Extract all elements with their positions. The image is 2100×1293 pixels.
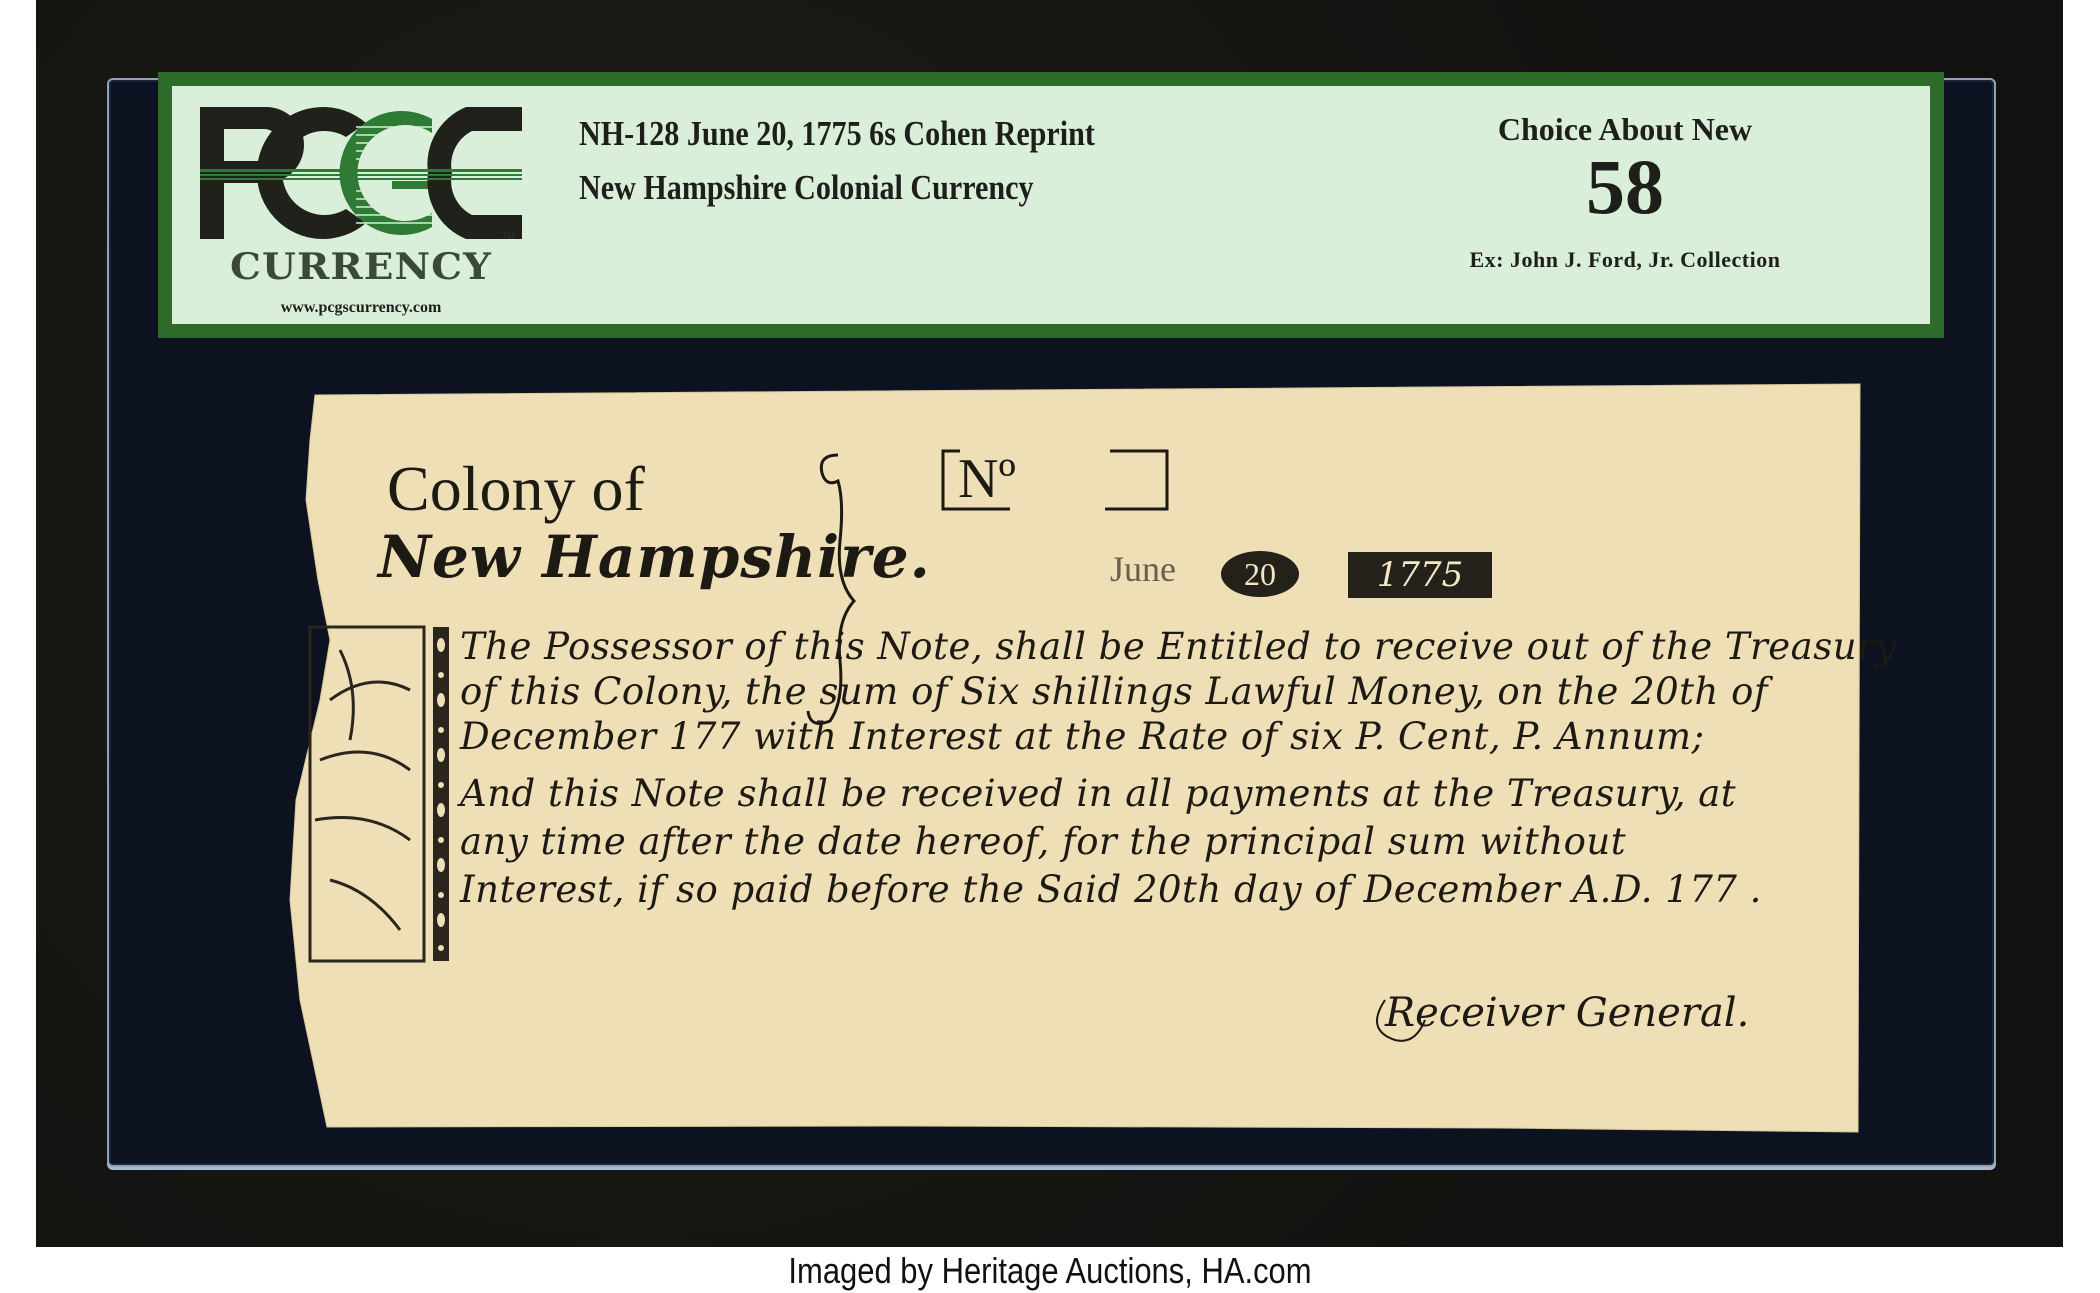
brand-url: www.pcgscurrency.com (196, 299, 526, 317)
colony-heading: Colony of (387, 452, 645, 526)
note-body-line: Interest, if so paid before the Said 20t… (460, 868, 1762, 911)
note-body-line: And this Note shall be received in all p… (460, 772, 1736, 815)
pcgs-logo-icon (196, 103, 526, 243)
currency-wordmark: CURRENCY (183, 246, 539, 288)
image-credit-caption: Imaged by Heritage Auctions, HA.com (147, 1250, 1953, 1292)
note-body-line: The Possessor of this Note, shall be Ent… (460, 625, 1897, 668)
trademark-mark: TM (502, 231, 515, 241)
note-body-line: any time after the date hereof, for the … (460, 820, 1626, 863)
note-catalog-title: NH-128 June 20, 1775 6s Cohen Reprint (579, 114, 1095, 154)
serial-number-label: Nº (958, 447, 1016, 511)
note-body-line: December 177 with Interest at the Rate o… (460, 715, 1705, 758)
grade-number: 58 (1435, 148, 1815, 226)
pedigree-text: Ex: John J. Ford, Jr. Collection (1410, 247, 1840, 273)
receiver-general-signature-line: Receiver General. (1385, 990, 1749, 1036)
note-body-line: of this Colony, the sum of Six shillings… (460, 670, 1768, 713)
note-series-title: New Hampshire Colonial Currency (579, 168, 1034, 208)
date-year: 1775 (1348, 552, 1492, 598)
label-panel: TM CURRENCY www.pcgscurrency.com NH-128 … (172, 86, 1930, 324)
date-day: 20 (1221, 551, 1299, 597)
grading-label: TM CURRENCY www.pcgscurrency.com NH-128 … (158, 72, 1944, 338)
date-month: June (1110, 548, 1176, 590)
new-hampshire-heading: New Hampshire. (378, 523, 931, 591)
